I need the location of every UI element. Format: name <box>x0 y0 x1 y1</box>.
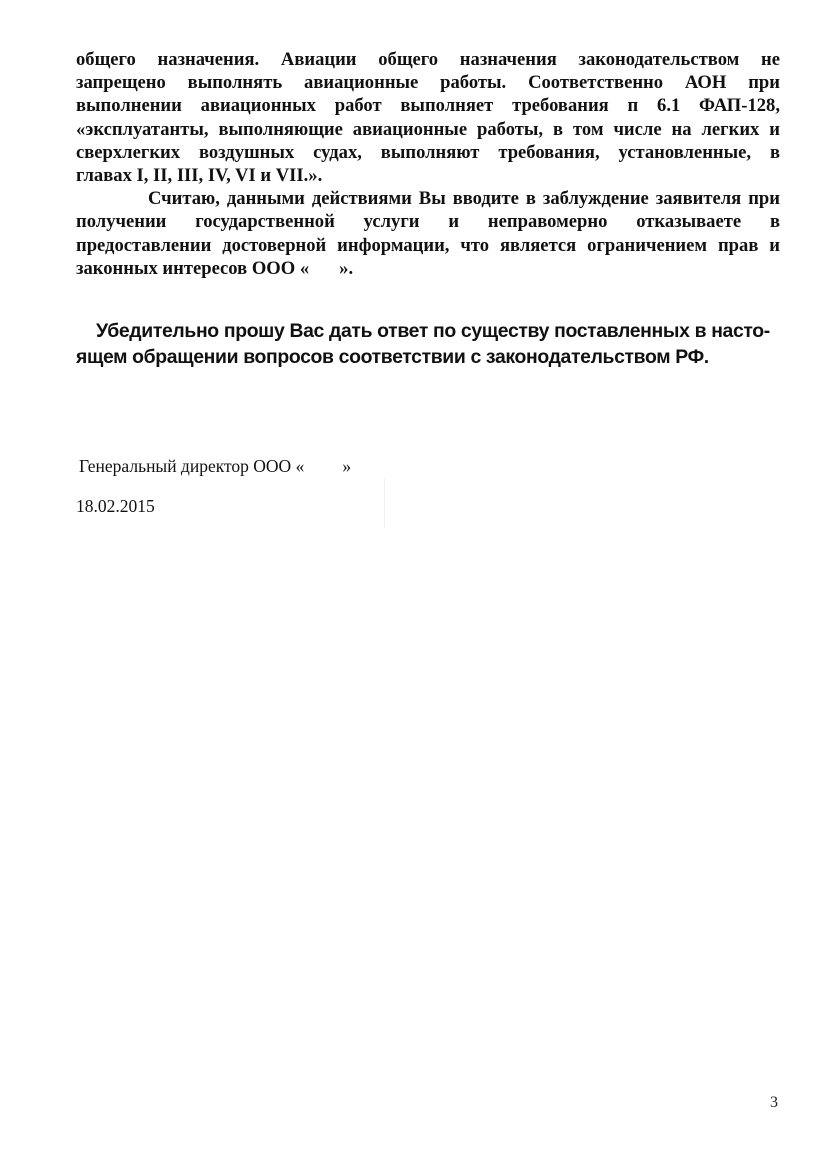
page-number: 3 <box>770 1093 778 1113</box>
document-page: общего назначения. Авиации общего назнач… <box>0 0 820 1160</box>
redaction-edge <box>384 478 385 528</box>
text-line: главах I, II, III, IV, VI и VII.». <box>76 164 780 187</box>
signature-line: Генеральный директор ООО «» <box>79 455 351 477</box>
company-reference-suffix: ». <box>339 258 353 279</box>
text-line: предоставлении достоверной информации, ч… <box>76 234 780 257</box>
text-line: ящем обращении вопросов соответствии с з… <box>76 344 776 370</box>
letter-body: общего назначения. Авиации общего назнач… <box>76 48 780 280</box>
text-line: выполнении авиационных работ выполняет т… <box>76 94 780 117</box>
text-line: общего назначения. Авиации общего назнач… <box>76 48 780 71</box>
signature-suffix: » <box>342 456 351 476</box>
text-line: Считаю, данными действиями Вы вводите в … <box>76 187 780 210</box>
text-line: законных интересов ООО «». <box>76 257 780 280</box>
paragraph-aviation-regulations: общего назначения. Авиации общего назнач… <box>76 48 780 187</box>
text-line: запрещено выполнять авиационные работы. … <box>76 71 780 94</box>
text-line: получении государственной услуги и непра… <box>76 210 780 233</box>
signature-title: Генеральный директор ООО « <box>79 456 304 476</box>
paragraph-complaint: Считаю, данными действиями Вы вводите в … <box>76 187 780 280</box>
company-reference-prefix: законных интересов ООО « <box>76 258 309 279</box>
request-paragraph: Убедительно прошу Вас дать ответ по суще… <box>76 318 776 370</box>
document-date: 18.02.2015 <box>76 495 155 517</box>
text-line: сверхлегких воздушных судах, выполняют т… <box>76 141 780 164</box>
text-line: «эксплуатанты, выполняющие авиационные р… <box>76 118 780 141</box>
text-line: Убедительно прошу Вас дать ответ по суще… <box>76 318 776 344</box>
